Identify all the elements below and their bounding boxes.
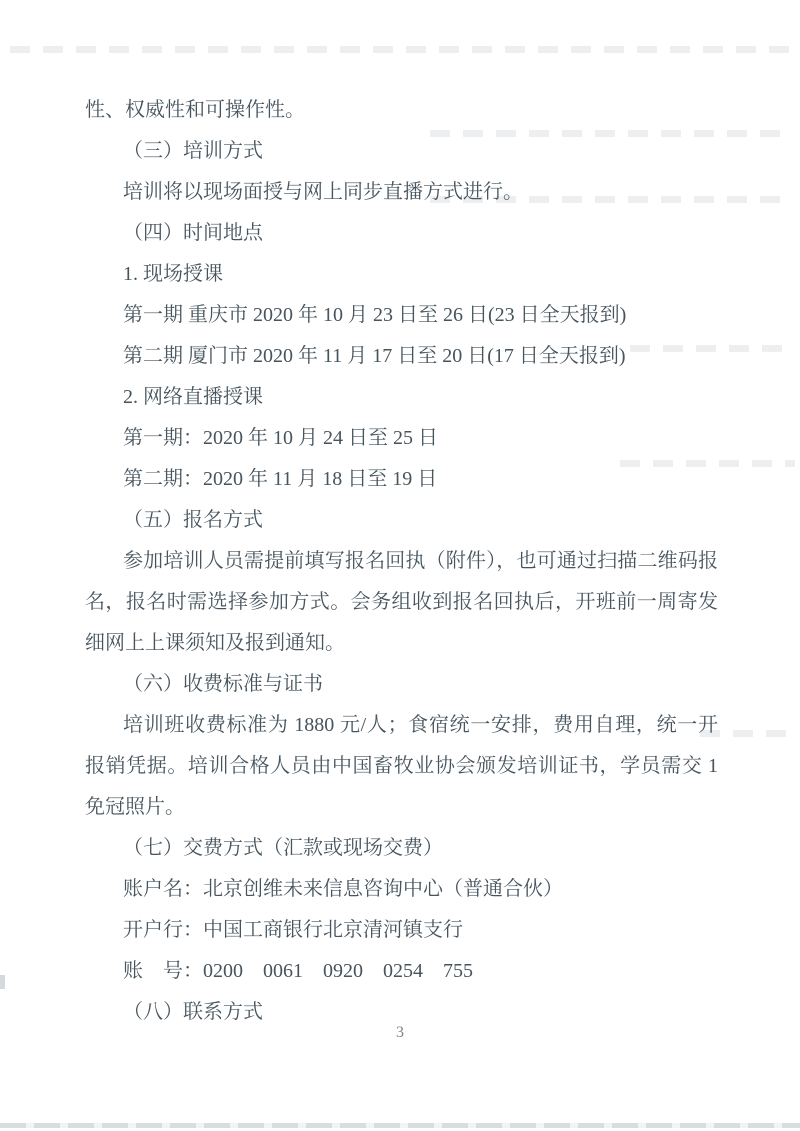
session-2-onsite: 第二期 厦门市 2020 年 11 月 17 日至 20 日(17 日全天报到) [85, 336, 718, 377]
heading-registration: （五）报名方式 [85, 500, 718, 541]
page-number: 3 [0, 1022, 800, 1044]
heading-fees-certificate: （六）收费标准与证书 [85, 664, 718, 705]
page-bottom-edge [0, 1123, 800, 1128]
account-number: 账 号：0200 0061 0920 0254 755 [85, 951, 718, 992]
paragraph-continuation: 性、权威性和可操作性。 [85, 90, 718, 131]
scan-noise-band [10, 46, 798, 53]
session-1-onsite: 第一期 重庆市 2020 年 10 月 23 日至 26 日(23 日全天报到) [85, 295, 718, 336]
paragraph-training-method: 培训将以现场面授与网上同步直播方式进行。 [85, 172, 718, 213]
paragraph-registration-line-2: 名，报名时需选择参加方式。会务组收到报名回执后，开班前一周寄发详 [85, 582, 718, 623]
paragraph-fees-line-3: 免冠照片。 [85, 787, 718, 828]
document-page: 性、权威性和可操作性。 （三）培训方式 培训将以现场面授与网上同步直播方式进行。… [0, 0, 800, 1131]
paragraph-fees-line-2: 报销凭据。培训合格人员由中国畜牧业协会颁发培训证书，学员需交 1 寸 [85, 746, 718, 787]
account-name: 账户名：北京创维未来信息咨询中心（普通合伙） [85, 869, 718, 910]
heading-time-place: （四）时间地点 [85, 213, 718, 254]
scan-edge-mark [0, 975, 5, 989]
subheading-onsite-teaching: 1. 现场授课 [85, 254, 718, 295]
session-1-online: 第一期：2020 年 10 月 24 日至 25 日 [85, 418, 718, 459]
bank-name: 开户行：中国工商银行北京清河镇支行 [85, 910, 718, 951]
heading-training-method: （三）培训方式 [85, 131, 718, 172]
paragraph-registration-line-1: 参加培训人员需提前填写报名回执（附件），也可通过扫描二维码报 [85, 541, 718, 582]
paragraph-fees-line-1: 培训班收费标准为 1880 元/人；食宿统一安排，费用自理，统一开具 [85, 705, 718, 746]
document-body: 性、权威性和可操作性。 （三）培训方式 培训将以现场面授与网上同步直播方式进行。… [85, 90, 718, 1033]
session-2-online: 第二期：2020 年 11 月 18 日至 19 日 [85, 459, 718, 500]
subheading-online-teaching: 2. 网络直播授课 [85, 377, 718, 418]
paragraph-registration-line-3: 细网上上课须知及报到通知。 [85, 623, 718, 664]
heading-payment-method: （七）交费方式（汇款或现场交费） [85, 828, 718, 869]
